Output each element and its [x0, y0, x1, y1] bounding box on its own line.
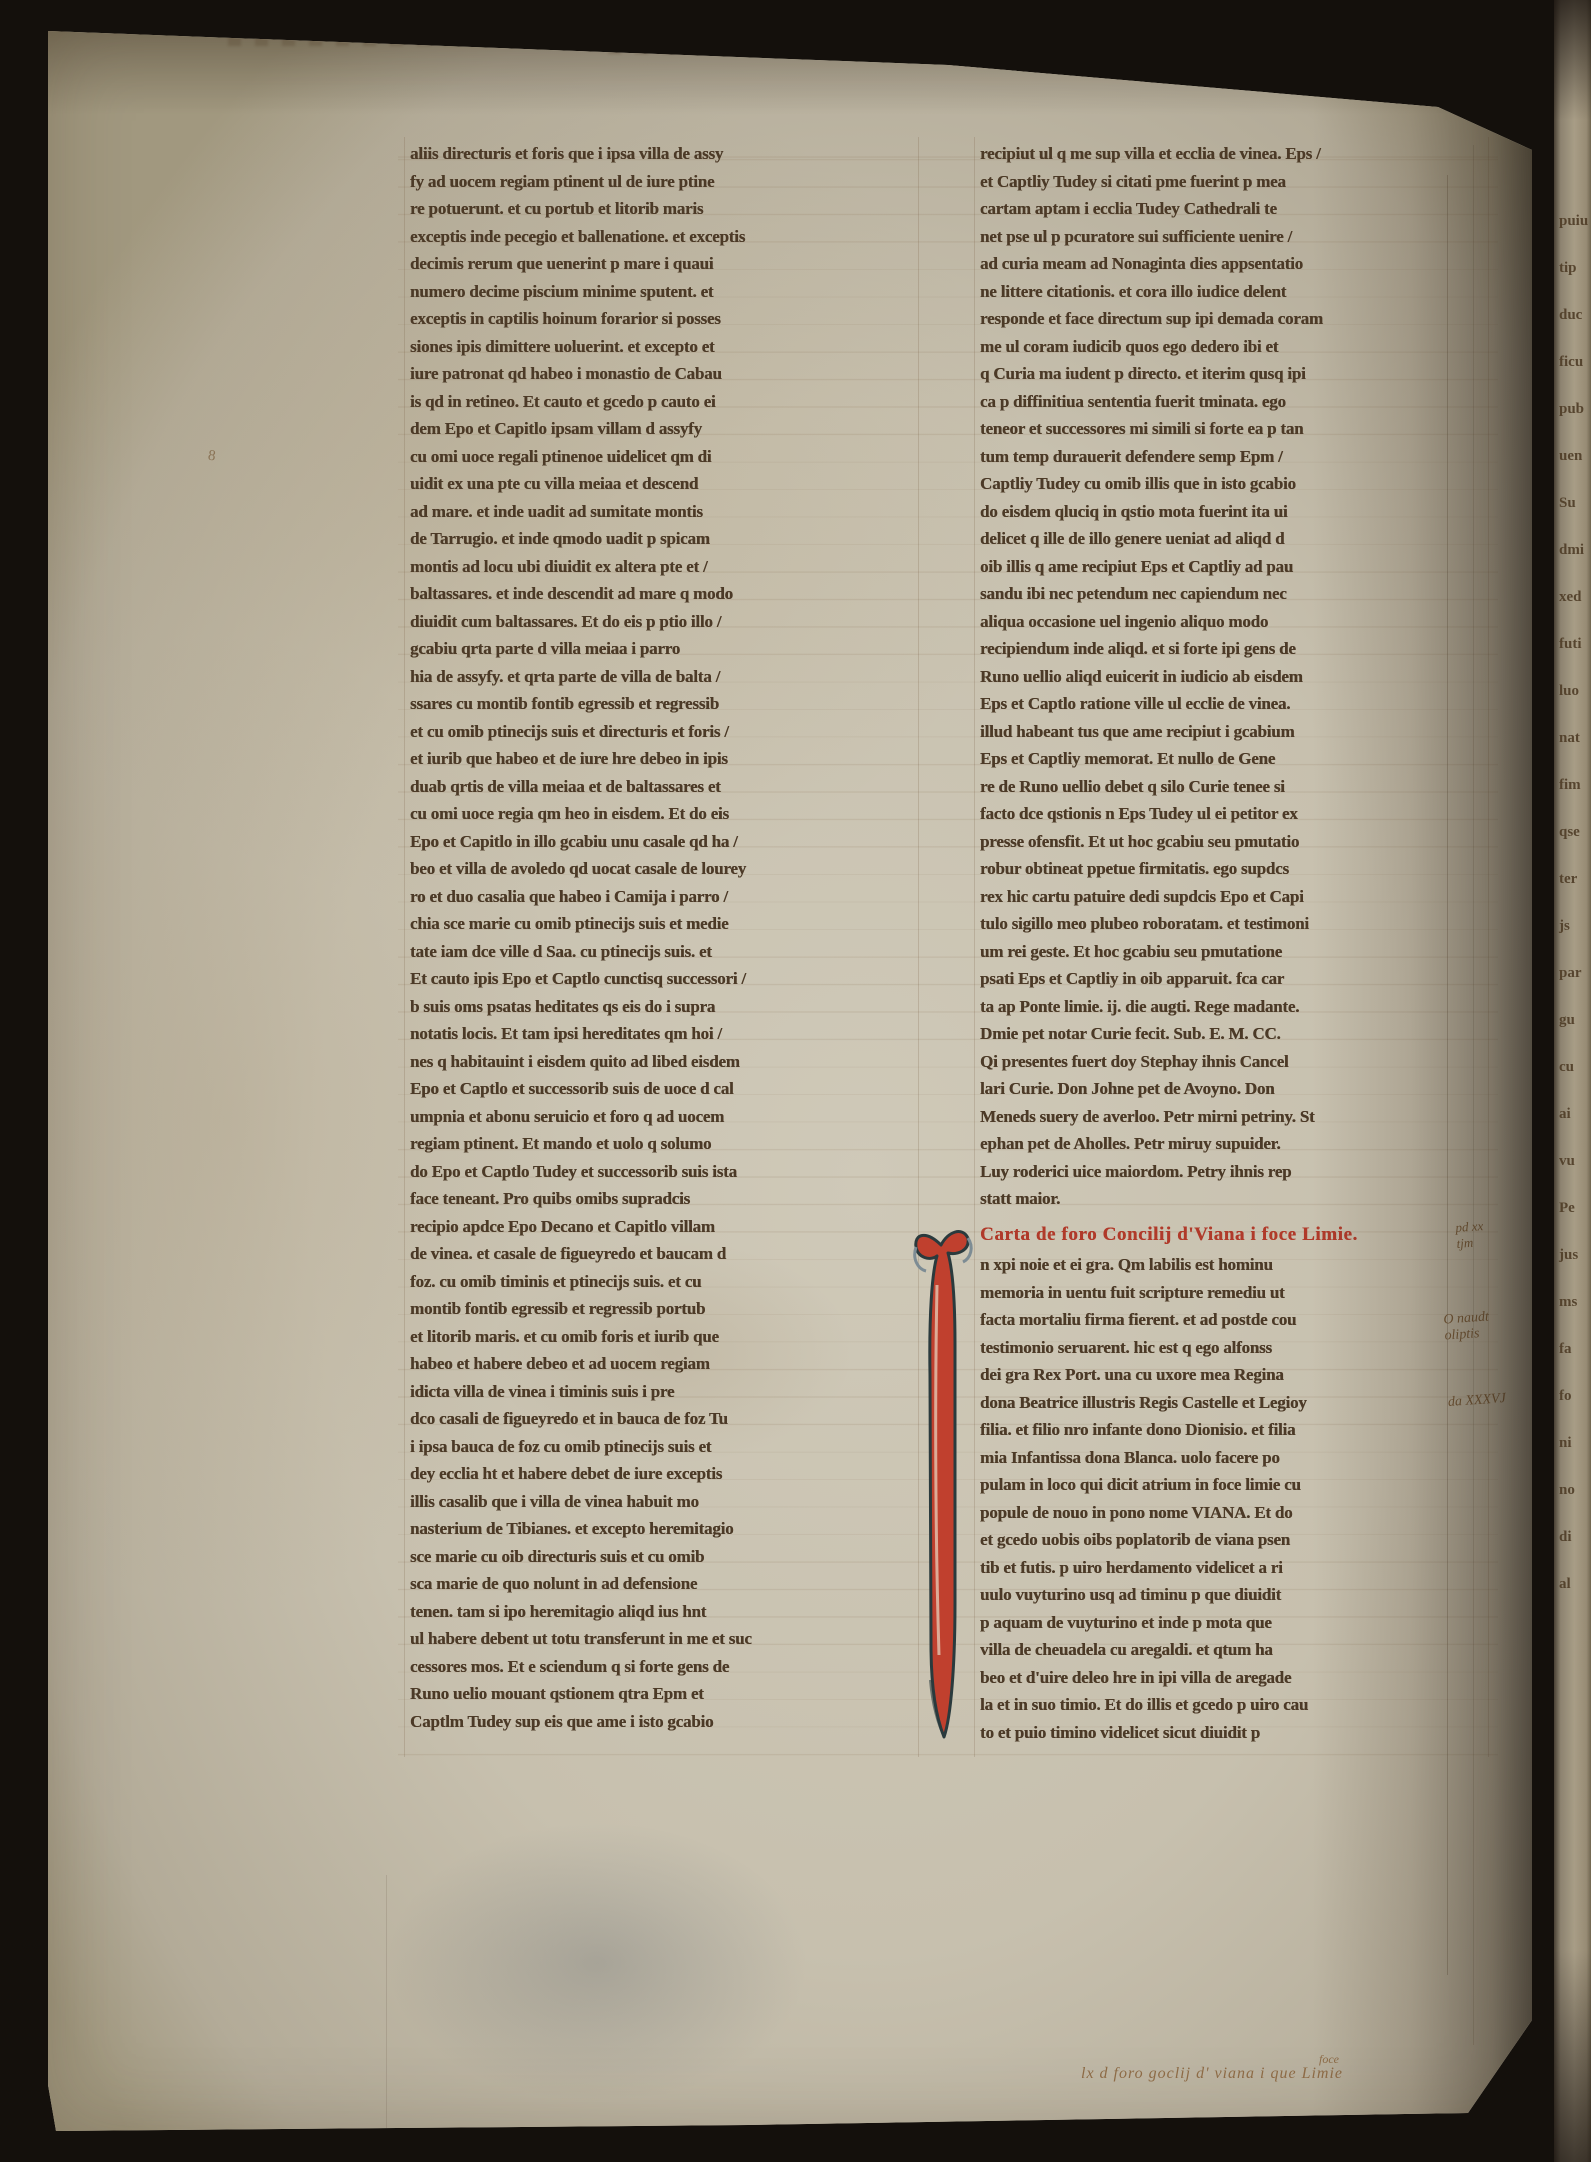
text-line: de Tarrugio. et inde qmodo uadit p spica…: [410, 525, 915, 553]
bottom-note-text: lx d foro goclij d' viana i que Limie: [1081, 2065, 1343, 2082]
text-line: Et cauto ipis Epo et Captlo cunctisq suc…: [410, 965, 915, 993]
text-line: ul habere debent ut totu transferunt in …: [410, 1625, 915, 1653]
text-line: iure patronat qd habeo i monastio de Cab…: [410, 360, 915, 388]
text-line: dco casali de figueyredo et in bauca de …: [410, 1405, 915, 1433]
illuminated-initial-icon: [908, 1225, 982, 1753]
text-line: aliis directuris et foris que i ipsa vil…: [410, 140, 915, 168]
text-line: tenen. tam si ipo heremitagio aliqd ius …: [410, 1598, 915, 1626]
text-line: cu omi uoce regali ptinenoe uidelicet qm…: [410, 443, 915, 471]
fold-crease: [386, 1875, 387, 2131]
text-line: gcabiu qrta parte d villa meiaa i parro: [410, 635, 915, 663]
text-line: beo et villa de avoledo qd uocat casale …: [410, 855, 915, 883]
facing-folio-shading: [1554, 0, 1591, 2162]
text-line: i ipsa bauca de foz cu omib ptinecijs su…: [410, 1433, 915, 1461]
text-line: Epo et Capitlo in illo gcabiu unu casale…: [410, 828, 915, 856]
text-line: foz. cu omib timinis et ptinecijs suis. …: [410, 1268, 915, 1296]
text-line: et cu omib ptinecijs suis et directuris …: [410, 718, 915, 746]
text-line: montib fontib egressib et regressib port…: [410, 1295, 915, 1323]
left-text-column: aliis directuris et foris que i ipsa vil…: [410, 140, 915, 1735]
text-line: diuidit cum baltassares. Et do eis p pti…: [410, 608, 915, 636]
text-line: de vinea. et casale de figueyredo et bau…: [410, 1240, 915, 1268]
text-line: habeo et habere debeo et ad uocem regiam: [410, 1350, 915, 1378]
text-line: dey ecclia ht et habere debet de iure ex…: [410, 1460, 915, 1488]
text-line: decimis rerum que uenerint p mare i quau…: [410, 250, 915, 278]
text-line: Epo et Captlo et successorib suis de uoc…: [410, 1075, 915, 1103]
text-line: tate iam dce ville d Saa. cu ptinecijs s…: [410, 938, 915, 966]
parchment-leaf: aliis directuris et foris que i ipsa vil…: [48, 25, 1532, 2131]
text-line: et iurib que habeo et de iure hre debeo …: [410, 745, 915, 773]
text-line: fy ad uocem regiam ptinent ul de iure pt…: [410, 168, 915, 196]
text-line: hia de assyfy. et qrta parte de villa de…: [410, 663, 915, 691]
text-line: idicta villa de vinea i timinis suis i p…: [410, 1378, 915, 1406]
text-line: sca marie de quo nolunt in ad defensione: [410, 1570, 915, 1598]
text-line: exceptis inde pecegio et ballenatione. e…: [410, 223, 915, 251]
gutter-shading: [1312, 25, 1532, 2131]
text-line: recipio apdce Epo Decano et Capitlo vill…: [410, 1213, 915, 1241]
text-line: ssares cu montib fontib egressib et regr…: [410, 690, 915, 718]
text-line: umpnia et abonu seruicio et foro q ad uo…: [410, 1103, 915, 1131]
text-line: do Epo et Captlo Tudey et successorib su…: [410, 1158, 915, 1186]
text-line: illis casalib que i villa de vinea habui…: [410, 1488, 915, 1516]
bottom-archival-note: lx d foro goclij d' viana i que Limie fo…: [1081, 2065, 1343, 2083]
text-line: face teneant. Pro quibs omibs supradcis: [410, 1185, 915, 1213]
text-line: cu omi uoce regia qm heo in eisdem. Et d…: [410, 800, 915, 828]
text-line: nasterium de Tibianes. et excepto heremi…: [410, 1515, 915, 1543]
text-line: Runo uelio mouant qstionem qtra Epm et: [410, 1680, 915, 1708]
text-line: ro et duo casalia que habeo i Camija i p…: [410, 883, 915, 911]
text-line: siones ipis dimittere uoluerint. et exce…: [410, 333, 915, 361]
text-line: exceptis in captilis hoinum forarior si …: [410, 305, 915, 333]
text-line: et litorib maris. et cu omib foris et iu…: [410, 1323, 915, 1351]
manuscript-photo: { "colors": { "background": "#14100c", "…: [0, 0, 1591, 2162]
text-line: notatis locis. Et tam ipsi hereditates q…: [410, 1020, 915, 1048]
text-line: Captlm Tudey sup eis que ame i isto gcab…: [410, 1708, 915, 1736]
facing-folio-edge: puiutipducficupubuenSudmixedfutiluonatfi…: [1554, 0, 1591, 2162]
text-line: re potuerunt. et cu portub et litorib ma…: [410, 195, 915, 223]
text-line: montis ad locu ubi diuidit ex altera pte…: [410, 553, 915, 581]
text-line: dem Epo et Capitlo ipsam villam d assyfy: [410, 415, 915, 443]
text-line: ad mare. et inde uadit ad sumitate monti…: [410, 498, 915, 526]
page-top-shading: [48, 25, 1532, 115]
text-line: duab qrtis de villa meiaa et de baltassa…: [410, 773, 915, 801]
text-line: chia sce marie cu omib ptinecijs suis et…: [410, 910, 915, 938]
text-line: baltassares. et inde descendit ad mare q…: [410, 580, 915, 608]
text-line: is qd in retineo. Et cauto et gcedo p ca…: [410, 388, 915, 416]
text-line: nes q habitauint i eisdem quito ad libed…: [410, 1048, 915, 1076]
manuscript-photo-frame: aliis directuris et foris que i ipsa vil…: [0, 0, 1591, 2162]
column-rule-left: [404, 137, 405, 1757]
text-line: numero decime piscium minime sputent. et: [410, 278, 915, 306]
left-margin-mark: 8: [207, 448, 217, 466]
text-line: regiam ptinent. Et mando et uolo q solum…: [410, 1130, 915, 1158]
text-line: cessores mos. Et e sciendum q si forte g…: [410, 1653, 915, 1681]
text-line: b suis oms psatas heditates qs eis do i …: [410, 993, 915, 1021]
text-line: sce marie cu oib directuris suis et cu o…: [410, 1543, 915, 1571]
showthrough-text: [608, 45, 1188, 54]
text-line: uidit ex una pte cu villa meiaa et desce…: [410, 470, 915, 498]
